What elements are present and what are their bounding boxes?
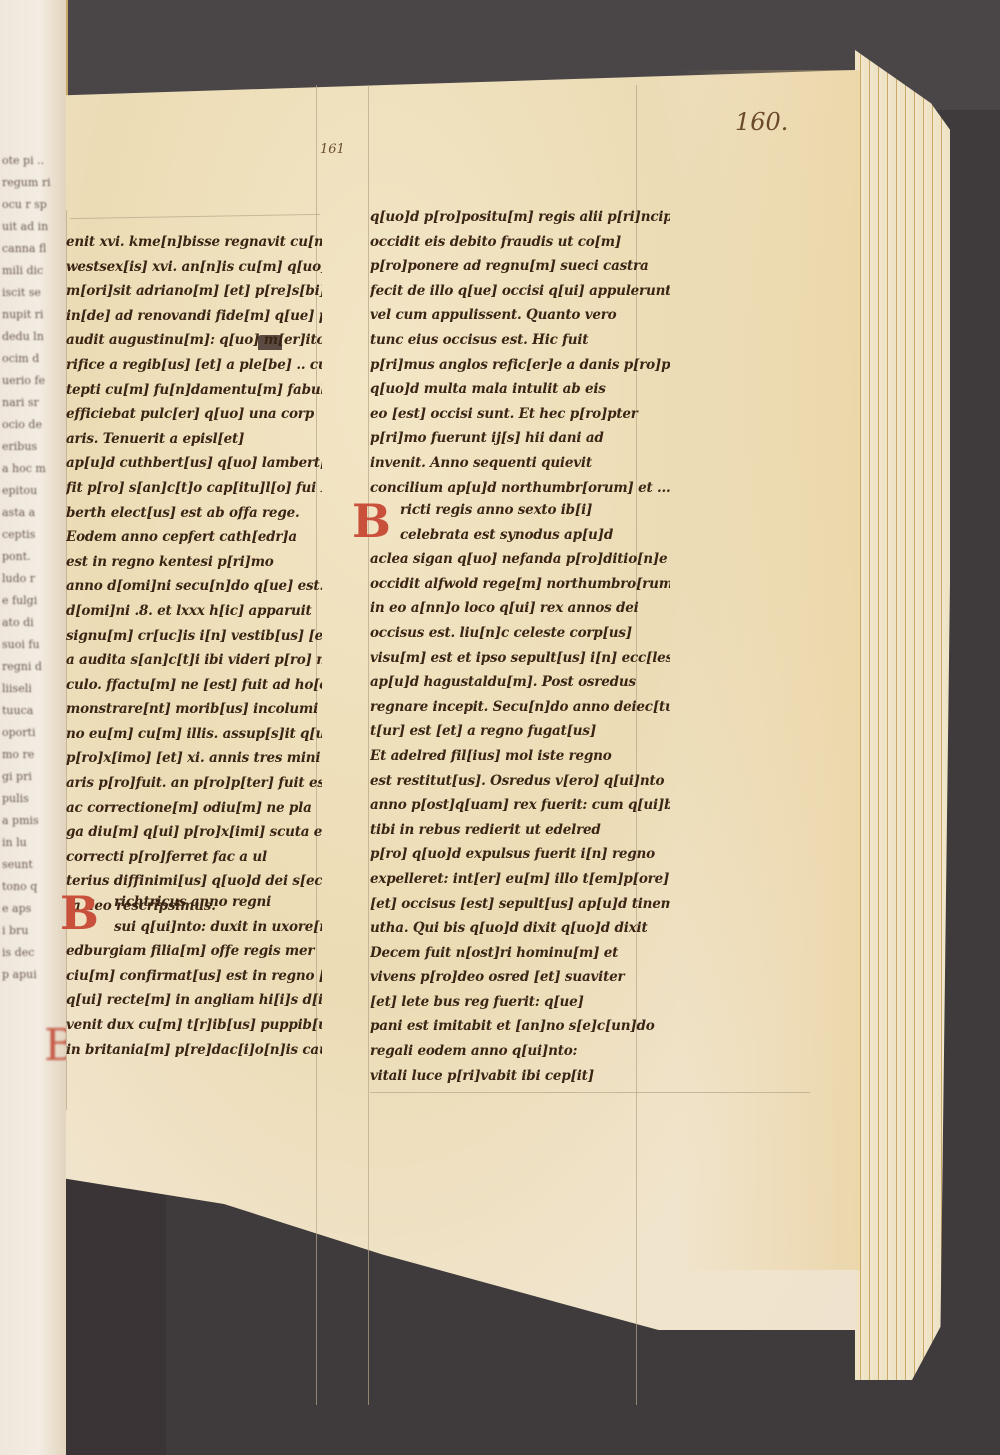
folio-number-top-center: 161 <box>320 142 345 157</box>
text-line: audit augustinu[m]: q[uo] m[er]ito hono <box>66 328 322 353</box>
text-line: est restitut[us]. Osredus v[ero] q[ui]nt… <box>370 769 670 794</box>
text-line: anno p[ost]q[uam] rex fuerit: cum q[ui]b… <box>370 793 670 818</box>
text-line: p[ro] q[uo]d expulsus fuerit i[n] regno <box>370 842 670 867</box>
text-line: ciu[m] confirmat[us] est in regno [et] <box>66 964 322 989</box>
text-line: fecit de illo q[ue] occisi q[ui] appuler… <box>370 279 670 304</box>
text-line: utha. Qui bis q[uo]d dixit q[uo]d dixit <box>370 916 670 941</box>
text-line: Eodem anno cepfert cath[edr]a <box>66 525 322 550</box>
text-line: ricti regis anno sexto ib[i] <box>370 498 670 523</box>
text-line: signu[m] cr[uc]is i[n] vestib[us] [et] d… <box>66 624 322 649</box>
text-line: in britania[m] p[re]dac[i]o[n]is causa. <box>66 1038 322 1063</box>
text-line: sui q[ui]nto: duxit in uxore[m] <box>66 915 322 940</box>
text-line: t[ur] est [et] a regno fugat[us] <box>370 719 670 744</box>
text-line: p[ri]mo fuerunt ij[s] hii dani ad <box>370 426 670 451</box>
text-line: edburgiam filia[m] offe regis mer <box>66 939 322 964</box>
text-line: regali eodem anno q[ui]nto: <box>370 1039 670 1064</box>
text-line: [et] lete bus reg fuerit: q[ue] <box>370 990 670 1015</box>
text-line: in[de] ad renovandi fide[m] q[ue] p[re]d… <box>66 304 322 329</box>
text-line: culo. ffactu[m] ne [est] fuit ad ho[c] <box>66 673 322 698</box>
ruling-line-bottom <box>370 1092 810 1093</box>
text-line: invenit. Anno sequenti quievit <box>370 451 670 476</box>
text-line: efficiebat pulc[er] q[uo] una corp <box>66 402 322 427</box>
text-line: p[ro]ponere ad regnu[m] sueci castra <box>370 254 670 279</box>
text-line: q[uo]d multa mala intulit ab eis <box>370 377 670 402</box>
right-text-section: ricti regis anno sexto ib[i] celebrata e… <box>370 498 670 1088</box>
ruling-line-right-col-left <box>368 85 369 1405</box>
text-line: pani est imitabit et [an]no s[e]c[un]do <box>370 1014 670 1039</box>
text-line: q[uo]d p[ro]positu[m] regis alii p[ri]nc… <box>370 205 670 230</box>
right-text-column: q[uo]d p[ro]positu[m] regis alii p[ri]nc… <box>370 205 670 500</box>
folio-number-top-right: 160. <box>735 108 788 136</box>
text-line: in eo a[nn]o loco q[ui] rex annos dei <box>370 596 670 621</box>
text-line: d[omi]ni .8. et lxxx h[ic] apparuit <box>66 599 322 624</box>
text-line: vitali luce p[ri]vabit ibi cep[it] <box>370 1064 670 1089</box>
text-line: p[ro]x[imo] [et] xi. annis tres mini <box>66 746 322 771</box>
text-line: aris p[ro]fuit. an p[ro]p[ter] fuit est <box>66 771 322 796</box>
text-line: q[ui] recte[m] in angliam hi[i]s d[i]ebu… <box>66 988 322 1013</box>
text-line: richtricus anno regni <box>66 890 322 915</box>
text-line: westsex[is] xvi. an[n]is cu[m] q[uo] s[e… <box>66 255 322 280</box>
text-line: vel cum appulissent. Quanto vero <box>370 303 670 328</box>
text-line: monstrare[nt] morib[us] incolumi <box>66 697 322 722</box>
text-line: Decem fuit n[ost]ri hominu[m] et <box>370 941 670 966</box>
text-line: m[ori]sit adriano[m] [et] p[re]s[bi]ter … <box>66 279 322 304</box>
left-text-column: enit xvi. kme[n]bisse regnavit cu[m] wes… <box>66 230 322 919</box>
text-line: ga diu[m] q[ui] p[ro]x[imi] scuta est <box>66 820 322 845</box>
text-line: occidit alfwold rege[m] northumbro[rum] <box>370 572 670 597</box>
text-line: aclea sigan q[uo] nefanda p[ro]ditio[n]e <box>370 547 670 572</box>
text-line: celebrata est synodus ap[u]d <box>370 523 670 548</box>
text-line: tunc eius occisus est. Hic fuit <box>370 328 670 353</box>
text-line: tibi in rebus redierit ut edelred <box>370 818 670 843</box>
text-line: regnare incepit. Secu[n]do anno deiec[tu… <box>370 695 670 720</box>
text-line: a audita s[an]c[t]i ibi videri p[ro] m[i… <box>66 648 322 673</box>
text-line: occisus est. liu[n]c celeste corp[us] <box>370 621 670 646</box>
left-text-section: richtricus anno regni sui q[ui]nto: duxi… <box>66 890 322 1062</box>
text-line: ap[u]d hagustaldu[m]. Post osredus <box>370 670 670 695</box>
text-line: no eu[m] cu[m] illis. assup[s]it q[ue] f… <box>66 722 322 747</box>
text-line: enit xvi. kme[n]bisse regnavit cu[m] <box>66 230 322 255</box>
text-line: est in regno kentesi p[ri]mo <box>66 550 322 575</box>
text-line: ap[u]d cuthbert[us] q[uo] lambert[us] du… <box>66 451 322 476</box>
text-line: concilium ap[u]d northumbr[orum] et ... <box>370 476 670 501</box>
text-line: visu[m] est et ipso sepult[us] i[n] ecc[… <box>370 646 670 671</box>
parchment-stain <box>680 70 860 1270</box>
text-line: [et] occisus [est] sepult[us] ap[u]d tin… <box>370 892 670 917</box>
text-line: aris. Tenuerit a episl[et] <box>66 427 322 452</box>
text-line: p[ri]mus anglos refic[er]e a danis p[ro]… <box>370 353 670 378</box>
text-line: fit p[ro] s[an]c[t]o cap[itu]l[o] fui Ib… <box>66 476 322 501</box>
text-line: ac correctione[m] odiu[m] ne pla <box>66 796 322 821</box>
left-page-text: ote pi ..regum riocu r spuit ad incanna … <box>2 150 62 986</box>
text-line: vivens p[ro]deo osred [et] suaviter <box>370 965 670 990</box>
text-line: eo [est] occisi sunt. Et hec p[ro]pter <box>370 402 670 427</box>
text-line: venit dux cu[m] t[r]ib[us] puppib[us] <box>66 1013 322 1038</box>
text-line: expelleret: int[er] eu[m] illo t[em]p[or… <box>370 867 670 892</box>
text-line: berth elect[us] est ab offa rege. <box>66 501 322 526</box>
text-line: anno d[omi]ni secu[n]do q[ue] est. Anno <box>66 574 322 599</box>
text-line: tepti cu[m] fu[n]damentu[m] fabulo <box>66 378 322 403</box>
left-facing-page: ote pi ..regum riocu r spuit ad incanna … <box>0 0 68 1455</box>
text-line: occidit eis debito fraudis ut co[m] <box>370 230 670 255</box>
text-line: rifice a regib[us] [et] a ple[be] .. cus <box>66 353 322 378</box>
text-line: Et adelred fil[ius] mol iste regno <box>370 744 670 769</box>
page-edges-stack <box>855 50 950 1380</box>
text-line: correcti p[ro]ferret fac a ul <box>66 845 322 870</box>
